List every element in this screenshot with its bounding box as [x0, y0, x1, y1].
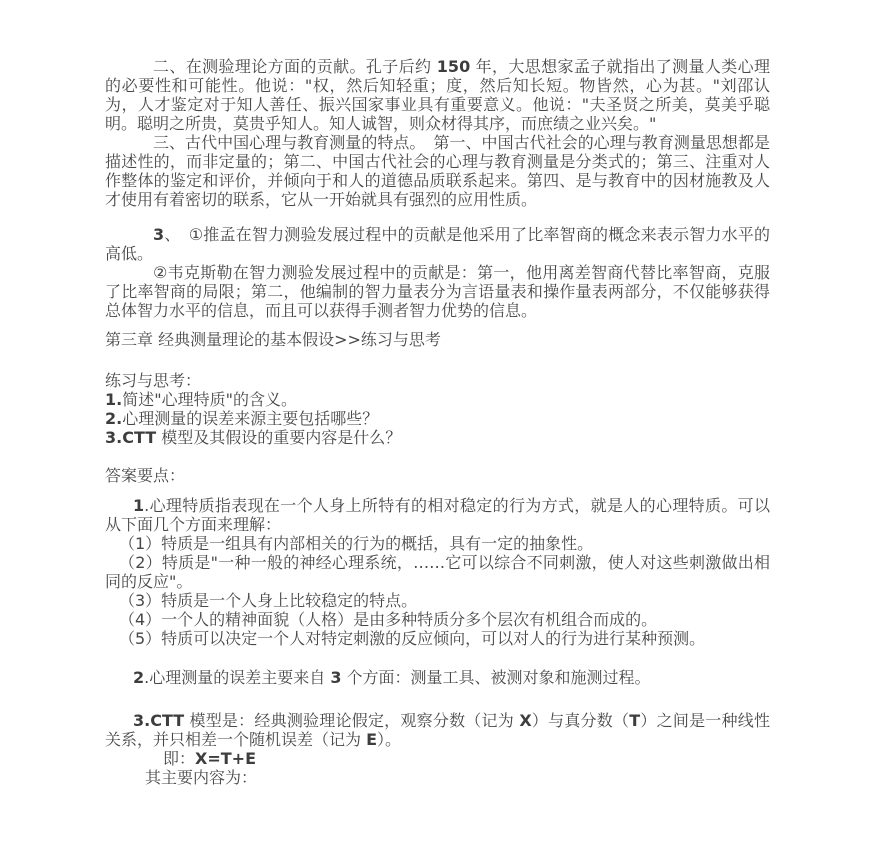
answer-3-main-content-note: 其主要内容为：: [105, 768, 770, 787]
para-ancient-measurement-features: 三、古代中国心理与教育测量的特点。 第一、中国古代社会的心理与教育测量思想都是描…: [105, 133, 770, 209]
exercises-heading: 练习与思考：: [105, 371, 770, 390]
para-terman-contribution: 3、 ①推孟在智力测验发展过程中的贡献是他采用了比率智商的概念来表示智力水平的高…: [105, 225, 770, 263]
chapter-heading: 第三章 经典测量理论的基本假设>>练习与思考: [105, 330, 770, 349]
para-test-theory-contribution: 二、在测验理论方面的贡献。孔子后约 150 年，大思想家孟子就指出了测量人类心理…: [105, 57, 770, 133]
answer-1-point-5: （5）特质可以决定一个人对特定刺激的反应倾向，可以对人的行为进行某种预测。: [105, 629, 770, 648]
answer-1-point-4: （4）一个人的精神面貌（人格）是由多种特质分多个层次有机组合而成的。: [105, 610, 770, 629]
answer-1-point-3: （3）特质是一个人身上比较稳定的特点。: [105, 591, 770, 610]
para-wechsler-contribution: ②韦克斯勒在智力测验发展过程中的贡献是：第一，他用离差智商代替比率智商，克服了比…: [105, 263, 770, 320]
exercise-item-1: 1.简述"心理特质"的含义。: [105, 390, 770, 409]
answer-3-formula: 即：X=T+E: [105, 749, 770, 768]
answers-heading: 答案要点：: [105, 466, 770, 485]
answer-3-intro: 3.CTT 模型是：经典测验理论假定，观察分数（记为 X）与真分数（T）之间是一…: [105, 711, 770, 749]
exercise-item-3: 3.CTT 模型及其假设的重要内容是什么？: [105, 428, 770, 447]
answer-1-point-2: （2）特质是"一种一般的神经心理系统，……它可以综合不同刺激，使人对这些刺激做出…: [105, 553, 770, 591]
exercise-item-2: 2.心理测量的误差来源主要包括哪些？: [105, 409, 770, 428]
answer-1-intro: 1.心理特质指表现在一个人身上所特有的相对稳定的行为方式，就是人的心理特质。可以…: [105, 496, 770, 534]
answer-2: 2.心理测量的误差主要来自 3 个方面：测量工具、被测对象和施测过程。: [105, 668, 770, 687]
answer-1-point-1: （1）特质是一组具有内部相关的行为的概括，具有一定的抽象性。: [105, 534, 770, 553]
document-page: 二、在测验理论方面的贡献。孔子后约 150 年，大思想家孟子就指出了测量人类心理…: [0, 0, 870, 842]
